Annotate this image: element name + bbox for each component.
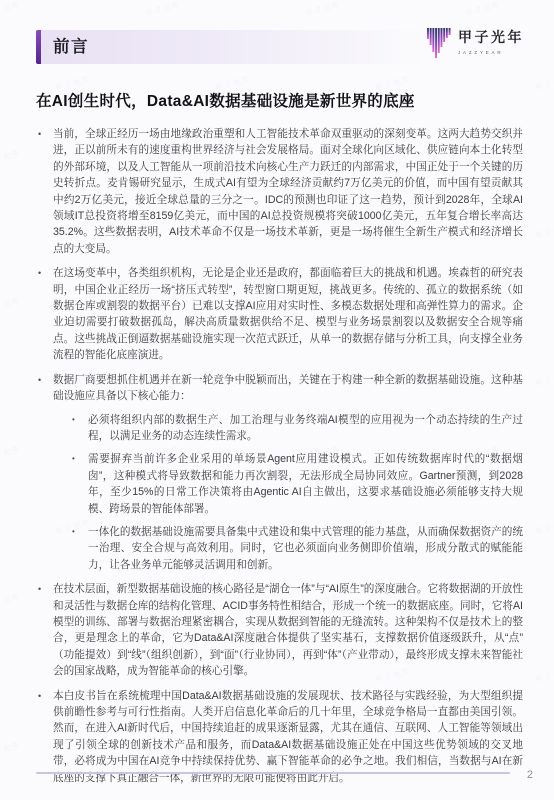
section-label: 前言 (41, 30, 89, 64)
brand-name: 甲子光年 (458, 27, 524, 47)
sub-bullet-item: 一体化的数据基础设施需要具备集中式建设和集中式管理的能力基盘，从而确保数据资产的… (53, 524, 523, 573)
page-header: 前言 (0, 0, 554, 64)
bullet-item: 在技术层面，新型数据基础设施的核心路径是“湖仓一体”与“AI原生”的深度融合。它… (36, 581, 523, 679)
watermark: 甲子光年 (0, 295, 22, 315)
watermark: 甲子光年 (534, 517, 554, 537)
document-page: 甲子光年甲子光年甲子光年甲子光年甲子光年甲子光年甲子光年甲子光年甲子光年甲子光年… (0, 0, 554, 800)
brand-subtext: JAZZYEAR (458, 50, 524, 55)
bullet-text: 当前，全球正经历一场由地缘政治重塑和人工智能技术革命双重驱动的深刻变革。这两大趋… (53, 126, 523, 257)
brand-logo-text: 甲子光年 JAZZYEAR (458, 27, 524, 55)
bullet-item: 在这场变革中，各类组织机构，无论是企业还是政府，都面临着巨大的挑战和机遇。埃森哲… (36, 265, 523, 363)
sub-bullet-text: 需要摒弃当前许多企业采用的单场景Agent应用建设模式。正如传统数据库时代的“数… (88, 451, 523, 517)
watermark: 甲子光年 (534, 665, 554, 685)
bullet-text: 数据厂商要想抓住机遇并在新一轮竞争中脱颖而出，关键在于构建一种全新的数据基础设施… (53, 372, 523, 405)
sub-bullet-list: 必须将组织内部的数据生产、加工治理与业务终端AI模型的应用视为一个动态持续的生产… (53, 412, 523, 574)
sub-bullet-text: 一体化的数据基础设施需要具备集中式建设和集中式管理的能力基盘，从而确保数据资产的… (88, 524, 523, 573)
watermark: 甲子光年 (0, 147, 22, 167)
brand-logo-bars-icon (427, 28, 451, 62)
page-body: 当前，全球正经历一场由地缘政治重塑和人工智能技术革命双重驱动的深刻变革。这两大趋… (36, 126, 523, 786)
section-banner: 前言 (36, 30, 428, 64)
bullet-item: 当前，全球正经历一场由地缘政治重塑和人工智能技术革命双重驱动的深刻变革。这两大趋… (36, 126, 523, 257)
sub-bullet-item: 需要摒弃当前许多企业采用的单场景Agent应用建设模式。正如传统数据库时代的“数… (53, 451, 523, 517)
watermark: 甲子光年 (534, 73, 554, 93)
watermark: 甲子光年 (0, 443, 22, 463)
watermark: 甲子光年 (0, 591, 22, 611)
footer-divider (36, 772, 510, 774)
bullet-text: 在这场变革中，各类组织机构，无论是企业还是政府，都面临着巨大的挑战和机遇。埃森哲… (53, 265, 523, 363)
brand-logo: 甲子光年 JAZZYEAR (427, 27, 524, 62)
watermark: 甲子光年 (0, 739, 22, 759)
bullet-list: 当前，全球正经历一场由地缘政治重塑和人工智能技术革命双重驱动的深刻变革。这两大趋… (36, 126, 523, 786)
bullet-text: 在技术层面，新型数据基础设施的核心路径是“湖仓一体”与“AI原生”的深度融合。它… (53, 581, 523, 679)
bullet-item: 数据厂商要想抓住机遇并在新一轮竞争中脱颖而出，关键在于构建一种全新的数据基础设施… (36, 372, 523, 573)
page-number: 2 (527, 769, 533, 781)
sub-bullet-item: 必须将组织内部的数据生产、加工治理与业务终端AI模型的应用视为一个动态持续的生产… (53, 412, 523, 445)
watermark: 甲子光年 (534, 221, 554, 241)
sub-bullet-text: 必须将组织内部的数据生产、加工治理与业务终端AI模型的应用视为一个动态持续的生产… (88, 412, 523, 445)
watermark: 甲子光年 (534, 369, 554, 389)
page-title: 在AI创生时代，Data&AI数据基础设施是新世界的底座 (36, 89, 520, 111)
